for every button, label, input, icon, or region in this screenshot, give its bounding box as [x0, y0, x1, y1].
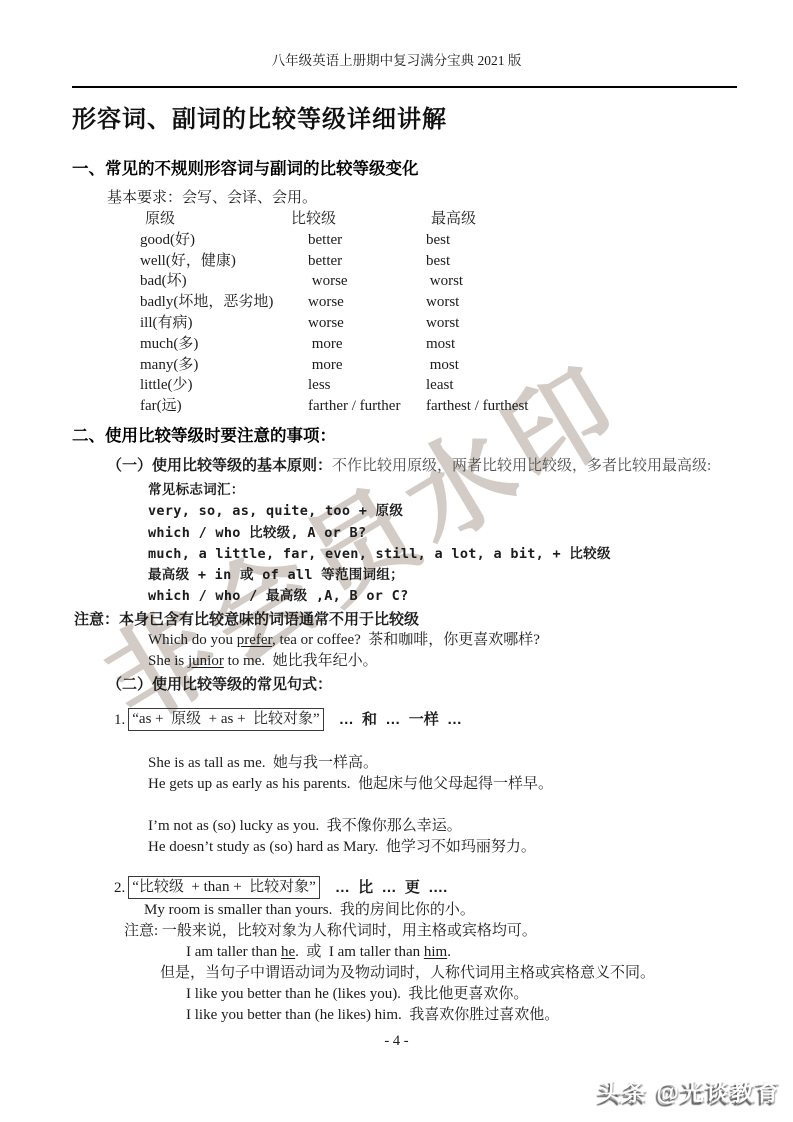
example-text: . 或 I am taller than [295, 944, 424, 960]
cell-comparative: worse [308, 271, 426, 292]
example-text: . [447, 944, 451, 960]
pattern-2-formula-box: “比较级 + than + 比较对象” [128, 876, 320, 899]
cell-comparative: less [308, 375, 426, 396]
cell-superlative: best [426, 251, 793, 272]
table-row: bad(坏) worse worst [140, 271, 793, 292]
pronoun-example: I am taller than he. 或 I am taller than … [186, 942, 793, 963]
toutiao-brand-watermark: 头条 @光谈教育 [598, 1074, 781, 1107]
marker-line: which / who 比较级, A or B? [148, 523, 793, 544]
example-text: , tea or coffee? 茶和咖啡，你更喜欢哪样? [272, 632, 540, 648]
section2-number: 二、 [72, 427, 105, 445]
sub1-label: （一）使用比较等级的基本原则： [107, 457, 332, 474]
cell-base: far(远) [140, 396, 308, 417]
pattern-1-formula-box: “as + 原级 + as + 比较对象” [128, 708, 323, 731]
cell-base: bad(坏) [140, 271, 308, 292]
pattern-1-meaning: … 和 … 一样 … [339, 708, 462, 732]
example-text: to me. 她比我年纪小。 [224, 653, 378, 669]
example-sentence: I like you better than (he likes) him. 我… [186, 1005, 793, 1026]
cell-base: much(多) [140, 334, 308, 355]
example-sentence: I’m not as (so) lucky as you. 我不像你那么幸运。 [148, 816, 793, 838]
pattern-2-meaning: … 比 … 更 …. [335, 876, 448, 900]
cell-base: badly(坏地，恶劣地) [140, 292, 308, 313]
cell-superlative: worst [426, 313, 793, 334]
cell-superlative: least [426, 375, 793, 396]
example-text: She is [148, 653, 188, 669]
cell-comparative: more [308, 334, 426, 355]
page-number: - 4 - [0, 1032, 793, 1051]
cell-comparative: worse [308, 292, 426, 313]
underlined-word: junior [188, 653, 224, 669]
table-row: badly(坏地，恶劣地) worse worst [140, 292, 793, 313]
document-page: 非会员水印 八年级英语上册期中复习满分宝典 2021 版 形容词、副词的比较等级… [0, 0, 793, 1122]
cell-superlative: most [426, 334, 793, 355]
marker-line: much, a little, far, even, still, a lot,… [148, 544, 793, 565]
underlined-word: him [424, 944, 447, 960]
cell-base: good(好) [140, 230, 308, 251]
marker-line: very, so, as, quite, too + 原级 [148, 501, 793, 522]
cell-superlative: most [426, 355, 793, 376]
pattern-1-number: 1. [114, 708, 125, 732]
table-row: little(少) less least [140, 375, 793, 396]
col-header-superlative: 最高级 [431, 209, 793, 230]
section1-heading: 一、常见的不规则形容词与副词的比较等级变化 [72, 158, 793, 180]
example-sentence: She is junior to me. 她比我年纪小。 [148, 651, 793, 673]
col-header-base: 原级 [140, 209, 313, 230]
pronoun-note: 注意: 一般来说，比较对象为人称代词时，用主格或宾格均可。 [124, 921, 793, 942]
cell-base: well(好，健康) [140, 251, 308, 272]
cell-superlative: farthest / furthest [426, 396, 793, 417]
section1-heading-text: 常见的不规则形容词与副词的比较等级变化 [105, 160, 419, 178]
document-title: 形容词、副词的比较等级详细讲解 [72, 103, 793, 137]
irregular-forms-table: 原级 比较级 最高级 good(好) better best well(好，健康… [140, 209, 793, 417]
header-divider [72, 86, 737, 88]
example-sentence: Which do you prefer, tea or coffee? 茶和咖啡… [148, 630, 793, 652]
table-row: good(好) better best [140, 230, 793, 251]
pattern-2-line: 2. “比较级 + than + 比较对象” … 比 … 更 …. [114, 876, 793, 900]
underlined-word: prefer [237, 632, 272, 648]
pattern-2-number: 2. [114, 876, 125, 900]
example-text: Which do you [148, 632, 237, 648]
pattern-1-line: 1. “as + 原级 + as + 比较对象” … 和 … 一样 … [114, 708, 793, 732]
cell-comparative: better [308, 251, 426, 272]
cell-base: ill(有病) [140, 313, 308, 334]
cell-comparative: better [308, 230, 426, 251]
cell-comparative: worse [308, 313, 426, 334]
note-comparative-meaning: 注意：本身已含有比较意味的词语通常不用于比较级 [74, 609, 793, 630]
cell-base: little(少) [140, 375, 308, 396]
example-sentence: He doesn’t study as (so) hard as Mary. 他… [148, 837, 793, 859]
table-row: much(多) more most [140, 334, 793, 355]
underlined-word: he [281, 944, 295, 960]
example-sentence: My room is smaller than yours. 我的房间比你的小。 [144, 900, 793, 921]
cell-comparative: farther / further [308, 396, 426, 417]
table-row: far(远) farther / further farthest / furt… [140, 396, 793, 417]
section1-number: 一、 [72, 160, 105, 178]
marker-words-title: 常见标志词汇： [148, 480, 793, 501]
table-header-row: 原级 比较级 最高级 [140, 209, 793, 230]
transitive-verb-note: 但是，当句子中谓语动词为及物动词时，人称代词用主格或宾格意义不同。 [160, 963, 793, 984]
table-row: well(好，健康) better best [140, 251, 793, 272]
example-sentence: He gets up as early as his parents. 他起床与… [148, 774, 793, 796]
marker-line: which / who / 最高级 ,A, B or C? [148, 586, 793, 607]
sub1-principle-line: （一）使用比较等级的基本原则：不作比较用原级，两者比较用比较级，多者比较用最高级… [107, 455, 793, 477]
sub1-principle-text: 不作比较用原级，两者比较用比较级，多者比较用最高级: [332, 458, 711, 474]
basic-requirements: 基本要求：会写、会译、会用。 [107, 188, 793, 209]
example-sentence: She is as tall as me. 她与我一样高。 [148, 753, 793, 775]
section2-heading-text: 使用比较等级时要注意的事项： [105, 427, 336, 445]
example-text: I am taller than [186, 944, 281, 960]
table-row: ill(有病) worse worst [140, 313, 793, 334]
page-header: 八年级英语上册期中复习满分宝典 2021 版 [0, 0, 793, 69]
section2-heading: 二、使用比较等级时要注意的事项： [72, 425, 793, 447]
cell-superlative: worst [426, 292, 793, 313]
cell-comparative: more [308, 355, 426, 376]
sub2-heading: （二）使用比较等级的常见句式： [107, 674, 793, 695]
marker-line: 最高级 + in 或 of all 等范围词组； [148, 565, 793, 586]
page-content: 八年级英语上册期中复习满分宝典 2021 版 形容词、副词的比较等级详细讲解 一… [0, 0, 793, 1051]
table-row: many(多) more most [140, 355, 793, 376]
example-sentence: I like you better than he (likes you). 我… [186, 984, 793, 1005]
cell-superlative: worst [426, 271, 793, 292]
col-header-comparative: 比较级 [291, 209, 431, 230]
cell-superlative: best [426, 230, 793, 251]
cell-base: many(多) [140, 355, 308, 376]
